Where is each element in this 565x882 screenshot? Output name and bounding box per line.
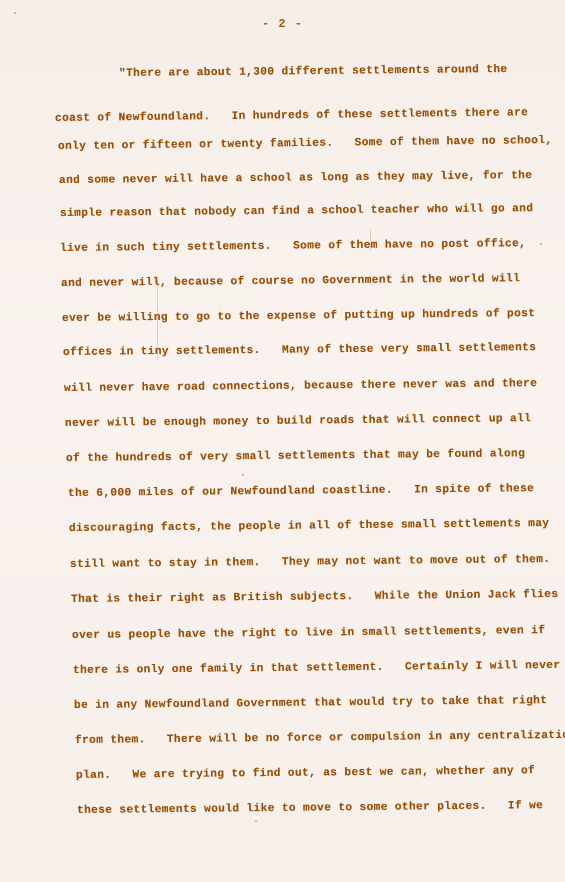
- text-line: still want to stay in them. They may not…: [70, 554, 550, 571]
- paper-speck: [255, 820, 257, 822]
- text-line: over us people have the right to live in…: [72, 625, 545, 642]
- paper-crease: [157, 280, 158, 360]
- text-line: these settlements would like to move to …: [77, 800, 543, 817]
- text-line: "There are about 1,300 different settlem…: [119, 64, 508, 80]
- text-line: only ten or fifteen or twenty families. …: [58, 135, 553, 153]
- text-line: plan. We are trying to find out, as best…: [76, 765, 535, 782]
- text-line: ever be willing to go to the expense of …: [62, 308, 535, 325]
- paper-speck: [540, 243, 542, 245]
- text-line: and never will, because of course no Gov…: [61, 273, 520, 290]
- text-line: there is only one family in that settlem…: [73, 660, 560, 677]
- text-line: simple reason that nobody can find a sch…: [60, 203, 533, 220]
- typewritten-page: - 2 - "There are about 1,300 different s…: [0, 0, 565, 882]
- text-line: from them. There will be no force or com…: [75, 730, 565, 747]
- page-number: - 2 -: [0, 17, 565, 31]
- paper-speck: [14, 12, 16, 14]
- text-line: never will be enough money to build road…: [65, 413, 531, 430]
- text-line: and some never will have a school as lon…: [59, 170, 532, 187]
- paper-crease: [370, 230, 371, 250]
- text-line: will never have road connections, becaus…: [64, 378, 537, 395]
- text-line: That is their right as British subjects.…: [71, 589, 558, 606]
- text-line: live in such tiny settlements. Some of t…: [60, 238, 526, 255]
- text-line: discouraging facts, the people in all of…: [69, 518, 549, 535]
- text-line: offices in tiny settlements. Many of the…: [63, 342, 536, 359]
- text-line: of the hundreds of very small settlement…: [66, 448, 525, 465]
- text-line: coast of Newfoundland. In hundreds of th…: [55, 107, 528, 125]
- text-line: be in any Newfoundland Government that w…: [74, 695, 547, 712]
- text-line: the 6,000 miles of our Newfoundland coas…: [68, 483, 534, 500]
- paper-speck: [242, 474, 244, 476]
